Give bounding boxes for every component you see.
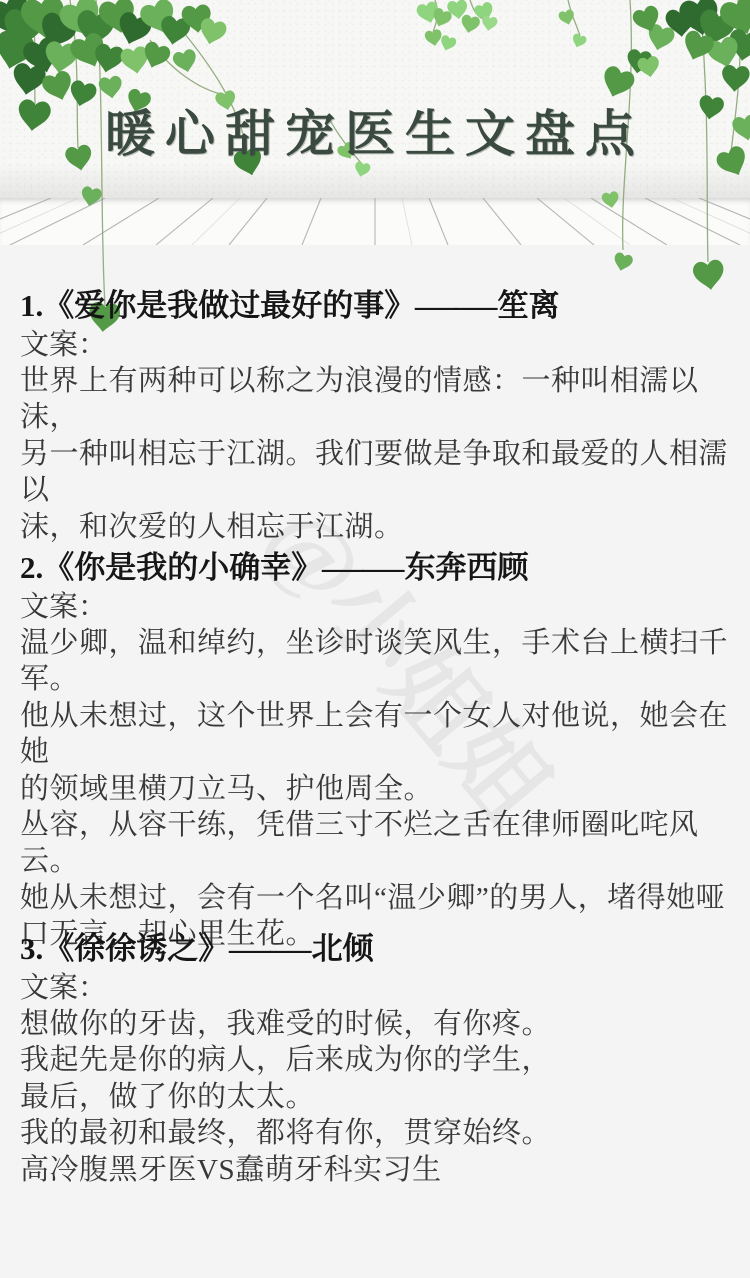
book-3-line: 高冷腹黑牙医VS蠢萌牙科实习生 [20, 1152, 732, 1188]
book-2-line: 的领域里横刀立马、护他周全。 [20, 771, 732, 807]
book-3-dash: —— [229, 928, 310, 970]
book-2-heading: 2.《你是我的小确幸》——东奔西顾 [20, 547, 732, 589]
book-2-line: 他从未想过，这个世界上会有一个女人对他说，她会在她 [20, 698, 732, 771]
book-3-line: 最后，做了你的太太。 [20, 1079, 732, 1115]
book-3-line: 想做你的牙齿，我难受的时候，有你疼。 [20, 1006, 732, 1042]
book-2-line: 她从未想过，会有一个名叫“温少卿”的男人，堵得她哑 [20, 880, 732, 916]
book-2-title: 《你是我的小确幸》 [43, 550, 322, 585]
book-3-line: 我的最初和最终，都将有你，贯穿始终。 [20, 1115, 732, 1151]
book-3-author: 北倾 [312, 931, 374, 966]
book-2-line: 温少卿，温和绰约，坐诊时谈笑风生，手术台上横扫千军。 [20, 625, 732, 698]
book-entry-3: 3.《徐徐诱之》——北倾 文案： 想做你的牙齿，我难受的时候，有你疼。 我起先是… [20, 928, 732, 1188]
book-1-copy-label: 文案： [20, 327, 732, 363]
book-3-number: 3. [20, 931, 43, 966]
book-1-dash: —— [415, 285, 496, 327]
wood-plank-seams [0, 198, 750, 245]
book-2-number: 2. [20, 550, 43, 585]
book-2-author: 东奔西顾 [405, 550, 529, 585]
book-2-line: 丛容，从容干练，凭借三寸不烂之舌在律师圈叱咤风云。 [20, 807, 732, 880]
book-1-line: 沫，和次爱的人相忘于江湖。 [20, 509, 732, 545]
book-2-dash: —— [322, 547, 403, 589]
book-1-number: 1. [20, 288, 43, 323]
book-entry-2: 2.《你是我的小确幸》——东奔西顾 文案： 温少卿，温和绰约，坐诊时谈笑风生，手… [20, 547, 732, 953]
poster-page: 暖心甜宠医生文盘点 @小姐姐 1.《爱你是我做过最好的事》——笙离 文案： 世界… [0, 0, 750, 1278]
book-3-heading: 3.《徐徐诱之》——北倾 [20, 928, 732, 970]
book-3-copy-label: 文案： [20, 970, 732, 1006]
book-1-author: 笙离 [498, 288, 560, 323]
book-1-heading: 1.《爱你是我做过最好的事》——笙离 [20, 285, 732, 327]
book-3-title: 《徐徐诱之》 [43, 931, 229, 966]
book-2-copy-label: 文案： [20, 589, 732, 625]
book-1-line: 世界上有两种可以称之为浪漫的情感：一种叫相濡以沫， [20, 363, 732, 436]
book-1-title: 《爱你是我做过最好的事》 [43, 288, 415, 323]
book-3-line: 我起先是你的病人，后来成为你的学生， [20, 1042, 732, 1078]
wood-plank-floor [0, 198, 750, 245]
book-entry-1: 1.《爱你是我做过最好的事》——笙离 文案： 世界上有两种可以称之为浪漫的情感：… [20, 285, 732, 545]
header-banner: 暖心甜宠医生文盘点 [0, 0, 750, 245]
book-1-line: 另一种叫相忘于江湖。我们要做是争取和最爱的人相濡以 [20, 436, 732, 509]
page-title: 暖心甜宠医生文盘点 [0, 98, 750, 170]
